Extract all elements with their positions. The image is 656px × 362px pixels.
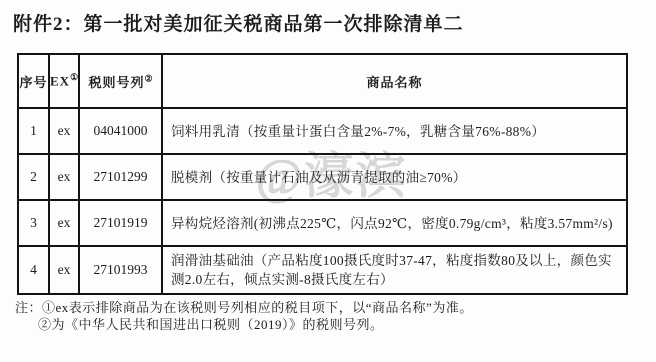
col-header-ex: EX① xyxy=(49,54,79,108)
cell-seq: 2 xyxy=(18,154,49,200)
cell-ex: ex xyxy=(49,200,79,246)
footnote-line-2: ②为《中华人民共和国进出口税则（2019）》的税则号列。 xyxy=(38,316,473,333)
document-title: 附件2：第一批对美加征关税商品第一次排除清单二 xyxy=(13,9,464,36)
cell-product-name: 脱模剂（按重量计石油及从沥青提取的油≥70%） xyxy=(162,154,627,200)
cell-product-name: 润滑油基础油（产品粘度100摄氏度时37-47，粘度指数80及以上，颜色实测2.… xyxy=(162,246,627,294)
cell-tariff-code: 04041000 xyxy=(79,108,162,154)
header-row: 序号 EX① 税则号列② 商品名称 xyxy=(18,54,627,108)
cell-seq: 4 xyxy=(18,246,49,294)
cell-ex: ex xyxy=(49,246,79,294)
cell-tariff-code: 27101993 xyxy=(79,246,162,294)
exclusion-list-table: 序号 EX① 税则号列② 商品名称 1 ex 04041000 饲料用乳清（按重… xyxy=(17,53,628,295)
cell-product-name: 异构烷烃溶剂(初沸点225℃，闪点92℃，密度0.79g/cm³，粘度3.57m… xyxy=(162,200,627,246)
cell-ex: ex xyxy=(49,154,79,200)
col-header-code-label: 税则号列 xyxy=(88,75,144,90)
document-page: @濠滨 附件2：第一批对美加征关税商品第一次排除清单二 序号 EX① 税则号列②… xyxy=(0,0,656,362)
table-row: 3 ex 27101919 异构烷烃溶剂(初沸点225℃，闪点92℃，密度0.7… xyxy=(18,200,627,246)
cell-seq: 3 xyxy=(18,200,49,246)
table-row: 1 ex 04041000 饲料用乳清（按重量计蛋白含量2%-7%，乳糖含量76… xyxy=(18,108,627,154)
cell-tariff-code: 27101919 xyxy=(79,200,162,246)
cell-tariff-code: 27101299 xyxy=(79,154,162,200)
footnote-prefix: 注： xyxy=(15,300,42,315)
table-row: 4 ex 27101993 润滑油基础油（产品粘度100摄氏度时37-47，粘度… xyxy=(18,246,627,294)
cell-product-name: 饲料用乳清（按重量计蛋白含量2%-7%，乳糖含量76%-88%） xyxy=(162,108,627,154)
col-header-product-name: 商品名称 xyxy=(162,54,627,108)
footnote-ref-2: ② xyxy=(144,73,152,83)
col-header-seq: 序号 xyxy=(18,54,49,108)
col-header-seq-label: 序号 xyxy=(19,75,47,90)
cell-seq: 1 xyxy=(18,108,49,154)
footnote-1-text: ①ex表示排除商品为在该税则号列相应的税目项下，以“商品名称”为准。 xyxy=(42,300,473,315)
col-header-code: 税则号列② xyxy=(79,54,162,108)
col-header-ex-label: EX xyxy=(50,74,70,89)
table-row: 2 ex 27101299 脱模剂（按重量计石油及从沥青提取的油≥70%） xyxy=(18,154,627,200)
footnote-line-1: 注：①ex表示排除商品为在该税则号列相应的税目项下，以“商品名称”为准。 xyxy=(15,299,473,316)
cell-ex: ex xyxy=(49,108,79,154)
footnote-ref-1: ① xyxy=(70,72,78,82)
col-header-product-name-label: 商品名称 xyxy=(366,75,422,90)
footnotes: 注：①ex表示排除商品为在该税则号列相应的税目项下，以“商品名称”为准。 ②为《… xyxy=(15,299,473,333)
